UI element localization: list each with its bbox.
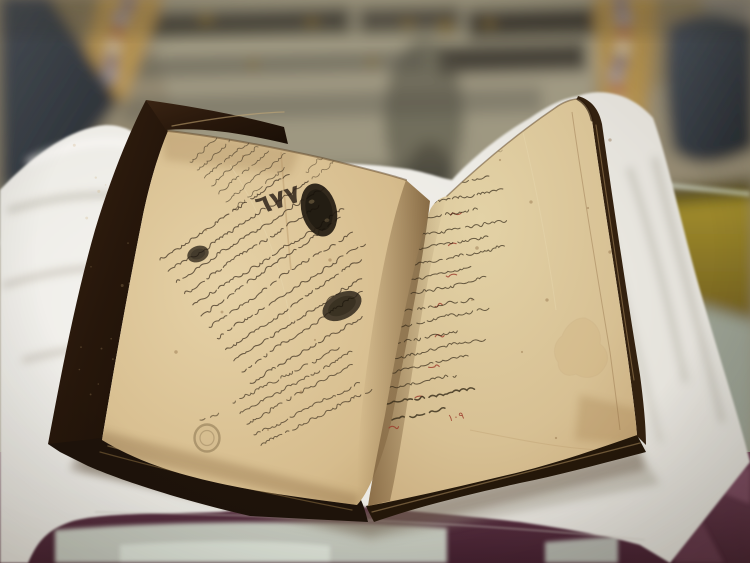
- top-shade: [0, 0, 750, 36]
- manuscript-photo: ٦٧٧ ١٠٩: [0, 0, 750, 563]
- vignette: [0, 0, 750, 563]
